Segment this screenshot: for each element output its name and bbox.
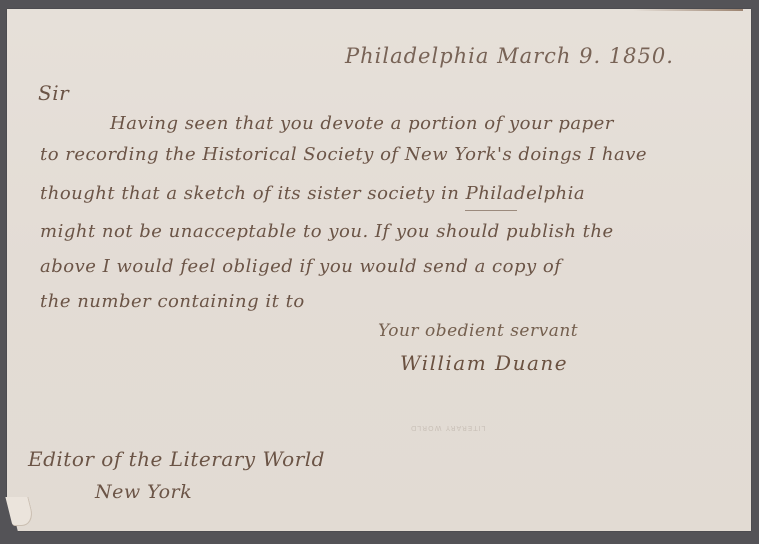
addressee-line-1: Editor of the Literary World <box>28 447 325 471</box>
letter-body-line-1: Having seen that you devote a portion of… <box>110 113 614 134</box>
letter-body-line-3: thought that a sketch of its sister soci… <box>40 183 585 204</box>
letter-body-line-4: might not be unacceptable to you. If you… <box>40 221 614 242</box>
society-underline <box>465 210 517 211</box>
letter-body-line-6: the number containing it to <box>40 291 305 312</box>
letter-body-line-5: above I would feel obliged if you would … <box>40 256 561 277</box>
letter-salutation: Sir <box>38 81 69 105</box>
letter-signature: William Duane <box>400 351 568 375</box>
letter-closing: Your obedient servant <box>378 321 578 341</box>
addressee-line-2: New York <box>95 481 192 503</box>
faint-bleedthrough-stamp: LITERARY WORLD <box>410 424 486 432</box>
paper-top-edge <box>7 9 743 11</box>
letter-dateline: Philadelphia March 9. 1850. <box>345 44 674 68</box>
letter-body-line-2: to recording the Historical Society of N… <box>40 144 647 165</box>
